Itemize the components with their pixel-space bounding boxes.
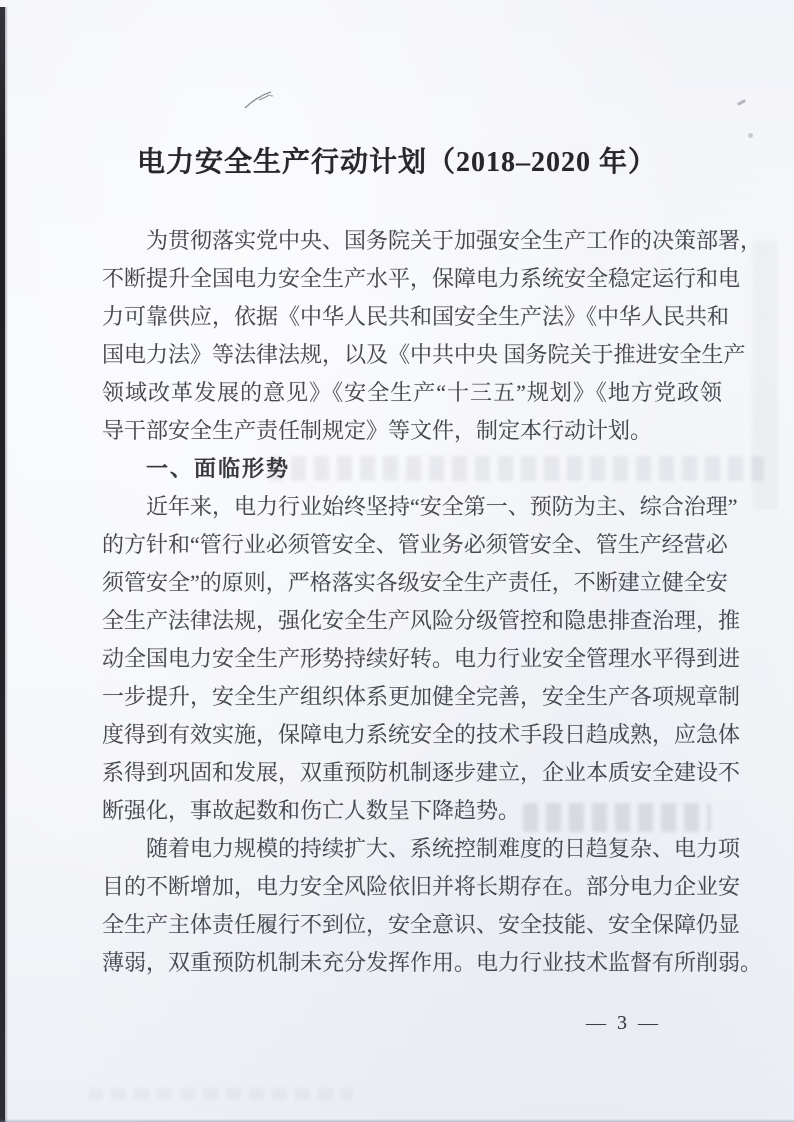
section-1-para-1-line: 一步提升，安全生产组织体系更加健全完善，安全生产各项规章制 [102, 678, 722, 716]
section-1-para-2-line: 全生产主体责任履行不到位，安全意识、安全技能、安全保障仍显 [102, 906, 722, 944]
section-1-para-1-line: 系得到巩固和发展，双重预防机制逐步建立，企业本质安全建设不 [102, 754, 722, 792]
intro-line: 导干部安全生产责任制规定》等文件，制定本行动计划。 [102, 412, 722, 450]
document-body: 为贯彻落实党中央、国务院关于加强安全生产工作的决策部署， 不断提升全国电力安全生… [102, 222, 722, 982]
section-1-para-1-line: 动全国电力安全生产形势持续好转。电力行业安全管理水平得到进 [102, 640, 722, 678]
section-1-heading: 一、面临形势 [102, 450, 722, 488]
section-1-para-2-line: 目的不断增加，电力安全风险依旧并将长期存在。部分电力企业安 [102, 868, 722, 906]
section-1-para-1-line: 近年来，电力行业始终坚持“安全第一、预防为主、综合治理” [102, 488, 722, 526]
pen-scribble-mark [243, 88, 277, 117]
section-1-para-1-line: 度得到有效实施，保障电力系统安全的技术手段日趋成熟，应急体 [102, 716, 722, 754]
section-1-para-1-line: 须管安全”的原则，严格落实各级安全生产责任，不断建立健全安 [102, 564, 722, 602]
bleedthrough-smudge [88, 1088, 353, 1100]
bleedthrough-smudge [752, 240, 778, 510]
intro-line: 不断提升全国电力安全生产水平，保障电力系统安全稳定运行和电 [102, 260, 722, 298]
section-1-para-2-line: 薄弱，双重预防机制未充分发挥作用。电力行业技术监督有所削弱。 [102, 944, 722, 982]
scanned-document-page: 电力安全生产行动计划（2018–2020 年） 为贯彻落实党中央、国务院关于加强… [0, 0, 794, 1122]
section-1-para-1-line: 的方针和“管行业必须管安全、管业务必须管安全、管生产经营必 [102, 526, 722, 564]
intro-line: 力可靠供应，依据《中华人民共和国安全生产法》《中华人民共和 [102, 298, 722, 336]
section-1-para-2-line: 随着电力规模的持续扩大、系统控制难度的日趋复杂、电力项 [102, 830, 722, 868]
intro-line: 领域改革发展的意见》《安全生产“十三五”规划》《地方党政领 [102, 374, 722, 412]
section-1-para-1-line: 断强化，事故起数和伤亡人数呈下降趋势。 [102, 792, 722, 830]
scan-speck [737, 99, 746, 106]
document-title: 电力安全生产行动计划（2018–2020 年） [0, 140, 794, 180]
intro-line: 国电力法》等法律法规，以及《中共中央 国务院关于推进安全生产 [102, 336, 722, 374]
page-number: — 3 — [586, 1012, 661, 1035]
section-1-para-1-line: 全生产法律法规，强化安全生产风险分级管控和隐患排查治理，推 [102, 602, 722, 640]
intro-line: 为贯彻落实党中央、国务院关于加强安全生产工作的决策部署， [102, 222, 722, 260]
scan-speck [748, 133, 753, 138]
